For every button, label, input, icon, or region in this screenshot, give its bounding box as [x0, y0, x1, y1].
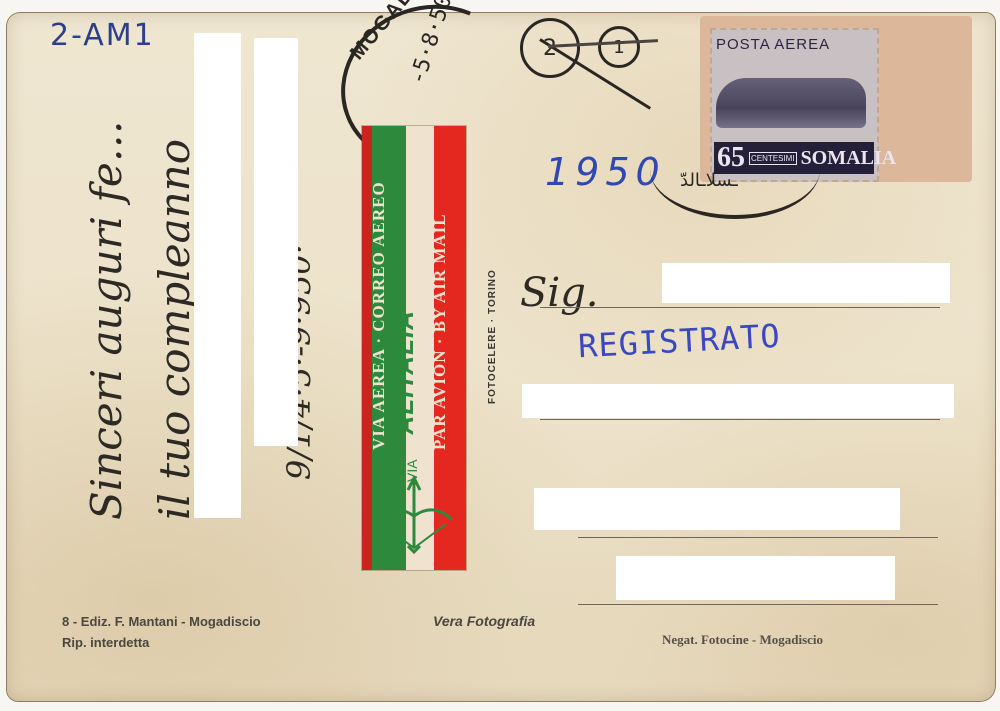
photo-type-label: Vera Fotografia [433, 613, 535, 629]
printer-credit-vertical: FOTOCELERE · TORINO [487, 269, 498, 404]
address-line [540, 419, 940, 420]
address-line [578, 604, 938, 605]
redaction-box [194, 33, 241, 518]
reproduction-notice: Rip. interdetta [62, 635, 149, 650]
redaction-box [534, 488, 900, 530]
address-salutation: Sig. [520, 270, 599, 316]
handwritten-message-line-1: Sinceri auguri fe… [82, 120, 131, 520]
handwritten-message-line-2: il tuo compleanno [150, 139, 199, 520]
address-line [540, 307, 940, 308]
negative-credit: Negat. Fotocine - Mogadiscio [662, 632, 823, 648]
circled-mark-value: 1 [613, 37, 624, 58]
redaction-box [254, 38, 298, 446]
cancellation-arabic-text: ـسلاـالدّ [680, 170, 738, 191]
label-green-text: VIA AEREA · CORREO AEREO [369, 181, 389, 450]
stamp-title: POSTA AEREA [716, 36, 830, 53]
redaction-box [616, 556, 895, 600]
label-red-text: PAR AVION · BY AIR MAIL [430, 213, 450, 450]
publisher-credit: 8 - Ediz. F. Mantani - Mogadiscio [62, 614, 261, 629]
redaction-box [522, 384, 954, 418]
handwritten-reference-note: 2-AM1 [50, 18, 155, 53]
circled-mark: 1 [598, 26, 640, 68]
alitalia-arrow-bird-logo-icon [372, 476, 456, 556]
handwritten-year: 1950 [545, 150, 666, 194]
label-alitalia-text: ALITALIA [389, 310, 420, 435]
redaction-box [662, 263, 950, 303]
address-line [578, 537, 938, 538]
